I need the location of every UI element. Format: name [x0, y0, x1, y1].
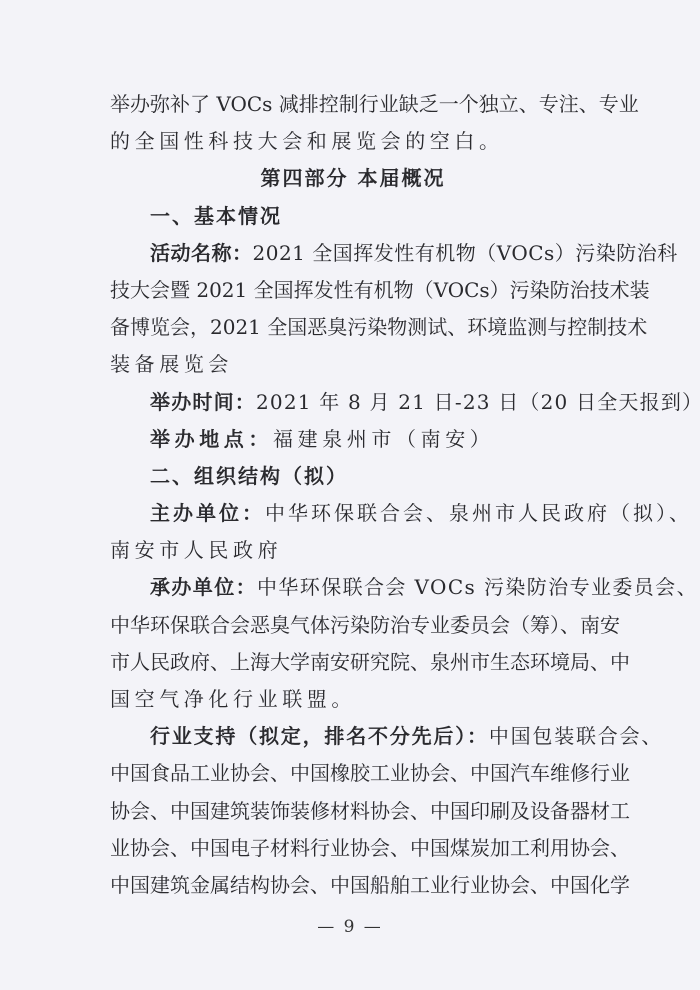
intro-line-2: 的全国性科技大会和展览会的空白。	[110, 123, 596, 160]
industry-support-line-4: 业协会、中国电子材料行业协会、中国煤炭加工利用协会、	[110, 830, 596, 867]
subsection-org-structure: 二、组织结构（拟）	[110, 458, 596, 495]
host-value-1: 中华环保联合会、泉州市人民政府（拟）、	[265, 501, 692, 525]
organizer-line-1: 承办单位：中华环保联合会 VOCs 污染防治专业委员会、	[110, 569, 596, 606]
industry-support-label: 行业支持（拟定，排名不分先后）：	[150, 724, 489, 748]
event-name-value-1: 2021 全国挥发性有机物（VOCs）污染防治科	[253, 241, 678, 265]
industry-support-line-2: 中国食品工业协会、中国橡胶工业协会、中国汽车维修行业	[110, 755, 596, 792]
industry-support-line-3: 协会、中国建筑装饰装修材料协会、中国印刷及设备器材工	[110, 793, 596, 830]
page-number: — 9 —	[0, 917, 700, 937]
organizer-line-4: 国空气净化行业联盟。	[110, 681, 596, 718]
organizer-value-1: 中华环保联合会 VOCs 污染防治专业委员会、	[257, 575, 698, 599]
event-location-line: 举办地点：福建泉州市（南安）	[110, 421, 596, 458]
organizer-label: 承办单位：	[150, 575, 257, 599]
industry-support-line-5: 中国建筑金属结构协会、中国船舶工业行业协会、中国化学	[110, 867, 596, 904]
section-title: 第四部分 本届概况	[110, 160, 596, 197]
event-time-line: 举办时间：2021 年 8 月 21 日-23 日（20 日全天报到）	[110, 384, 596, 421]
organizer-line-3: 市人民政府、上海大学南安研究院、泉州市生态环境局、中	[110, 644, 596, 681]
industry-support-value-1: 中国包装联合会、	[489, 724, 663, 748]
event-time-label: 举办时间：	[150, 390, 256, 414]
event-name-line-2: 技大会暨 2021 全国挥发性有机物（VOCs）污染防治技术装	[110, 272, 596, 309]
event-name-label: 活动名称：	[150, 241, 253, 265]
event-location-label: 举办地点：	[150, 427, 273, 451]
organizer-line-2: 中华环保联合会恶臭气体污染防治专业委员会（筹）、南安	[110, 607, 596, 644]
event-time-value: 2021 年 8 月 21 日-23 日（20 日全天报到）	[256, 390, 700, 414]
host-line-2: 南安市人民政府	[110, 532, 596, 569]
intro-line-1: 举办弥补了 VOCs 减排控制行业缺乏一个独立、专注、专业	[110, 86, 596, 123]
event-name-line-4: 装备展览会	[110, 346, 596, 383]
host-line-1: 主办单位：中华环保联合会、泉州市人民政府（拟）、	[110, 495, 596, 532]
document-page: 举办弥补了 VOCs 减排控制行业缺乏一个独立、专注、专业 的全国性科技大会和展…	[110, 86, 596, 904]
event-location-value: 福建泉州市（南安）	[273, 427, 494, 451]
event-name-line-3: 备博览会，2021 全国恶臭污染物测试、环境监测与控制技术	[110, 309, 596, 346]
host-label: 主办单位：	[150, 501, 265, 525]
event-name-line-1: 活动名称：2021 全国挥发性有机物（VOCs）污染防治科	[110, 235, 596, 272]
subsection-basic-info: 一、基本情况	[110, 198, 596, 235]
industry-support-line-1: 行业支持（拟定，排名不分先后）：中国包装联合会、	[110, 718, 596, 755]
